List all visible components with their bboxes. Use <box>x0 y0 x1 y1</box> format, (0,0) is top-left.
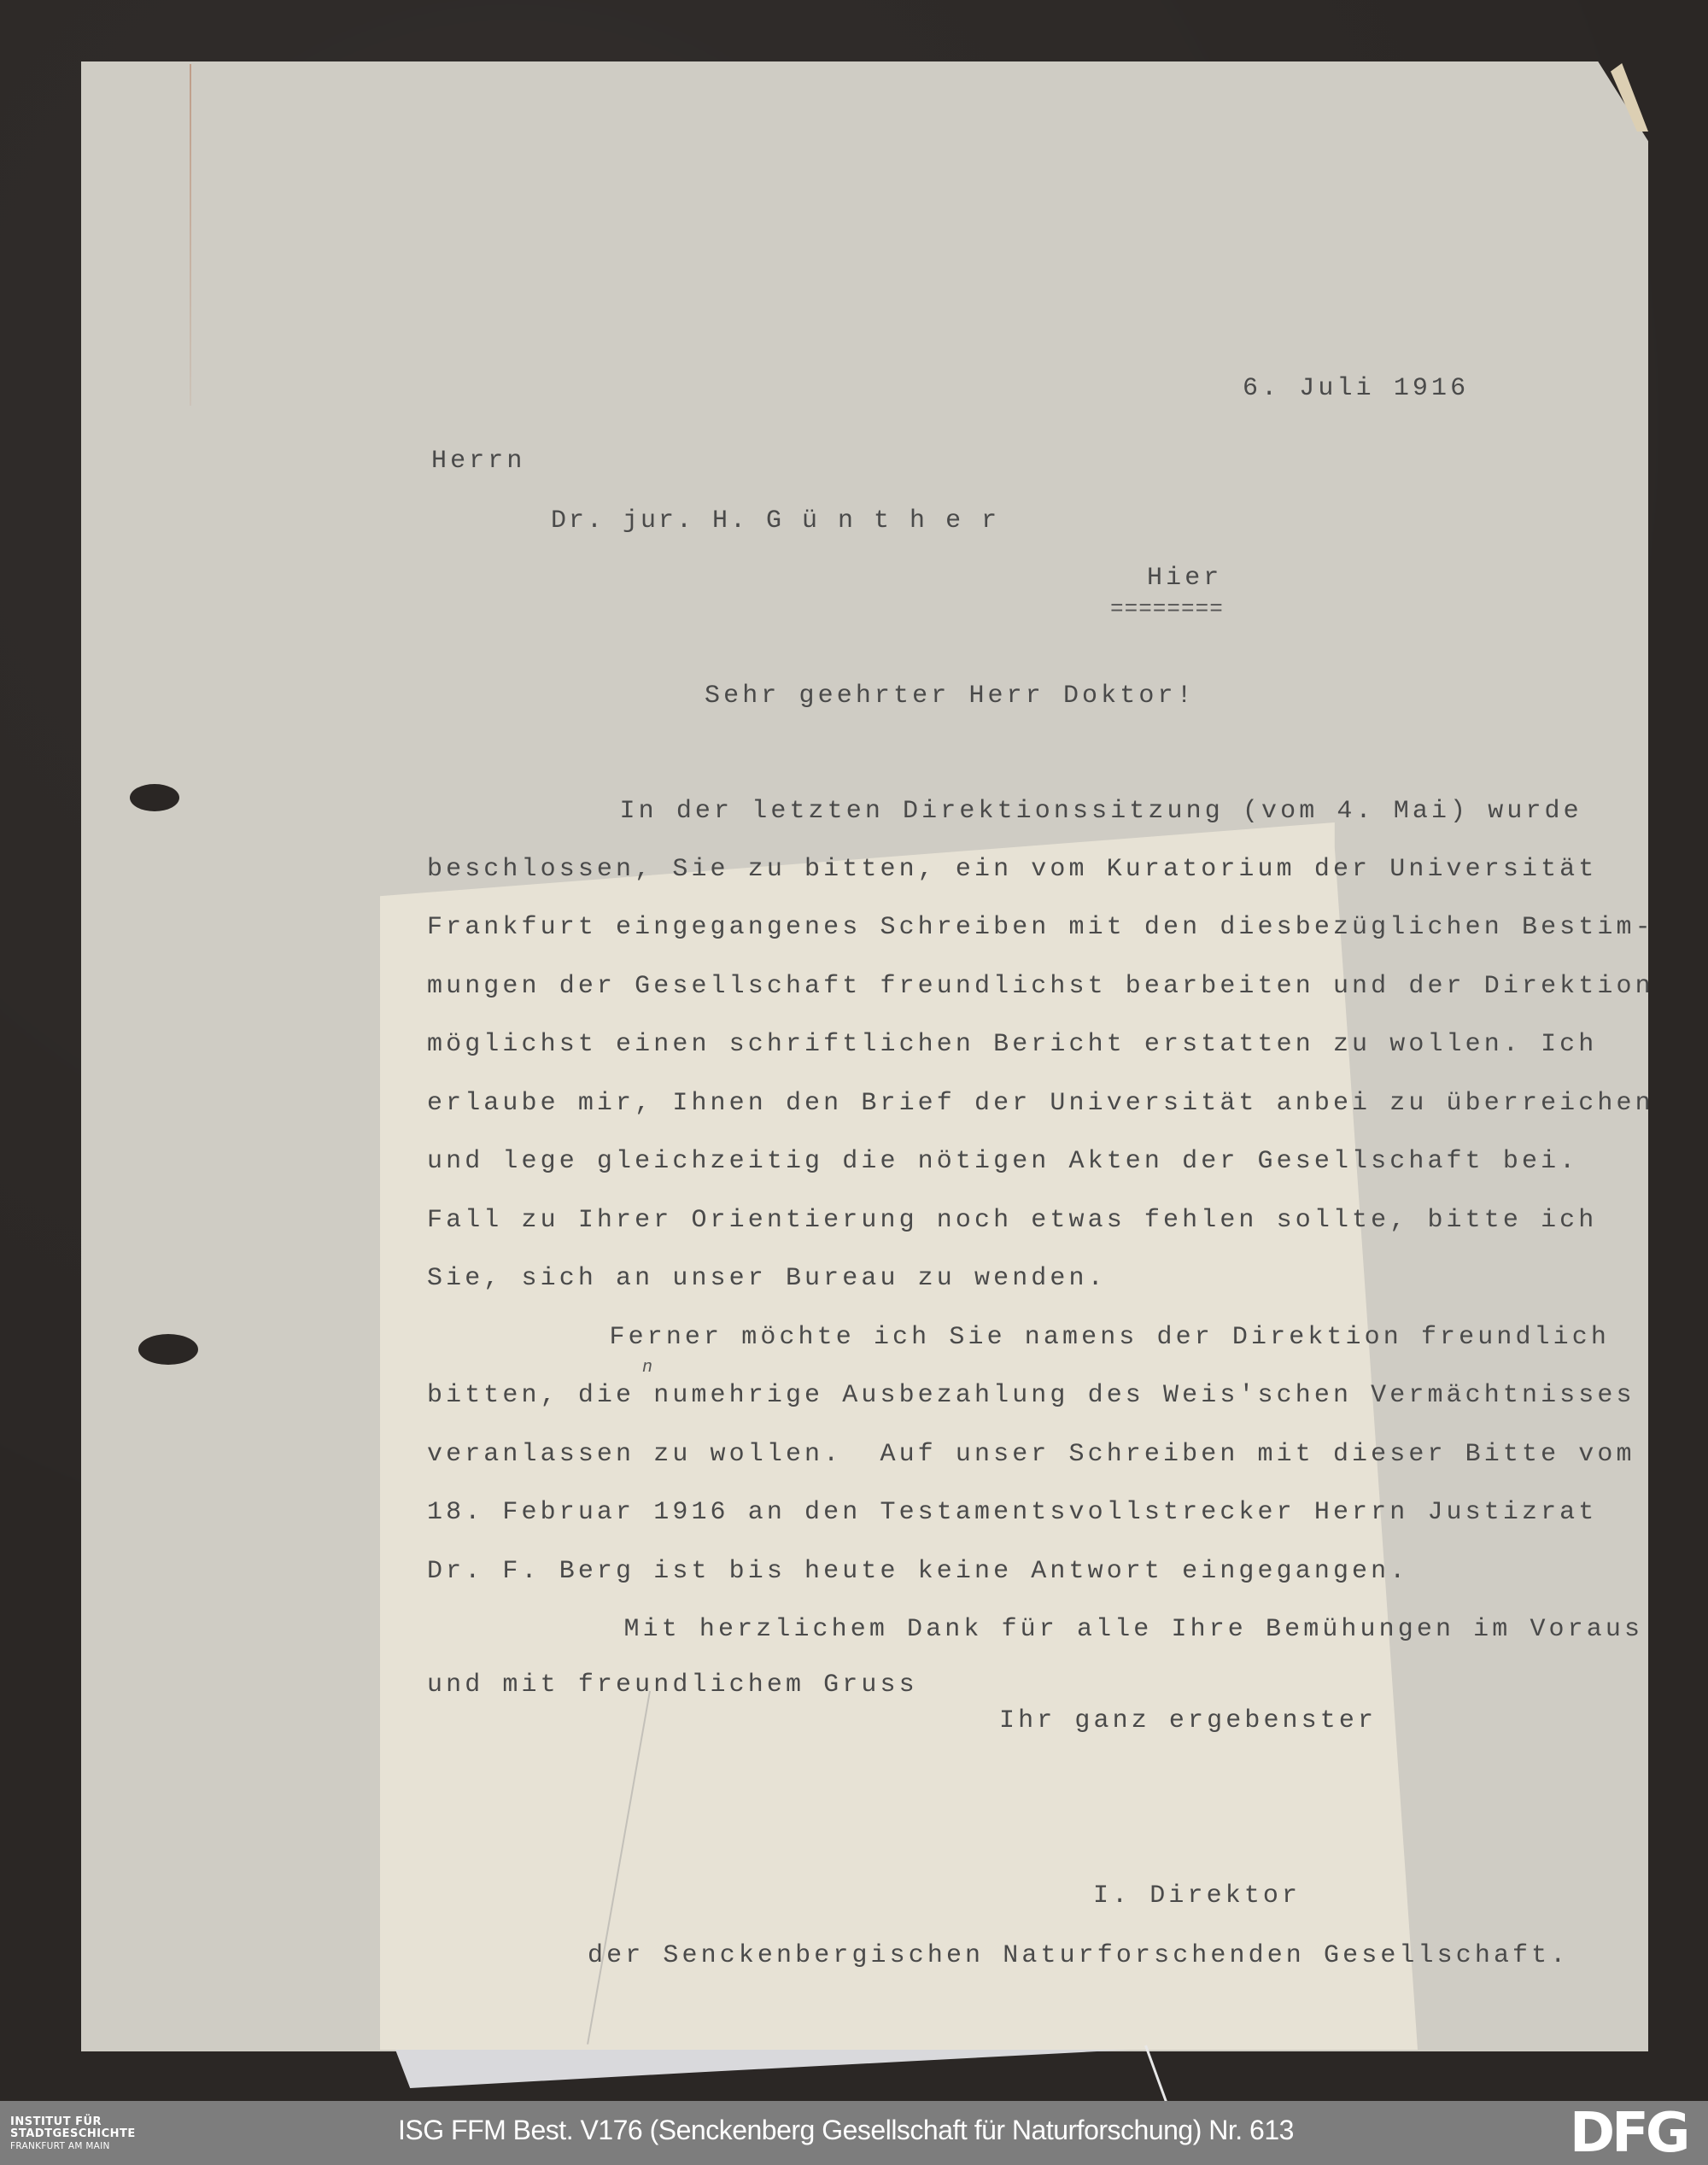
isg-logo: INSTITUT FÜR STADTGESCHICHTE FRANKFURT A… <box>10 2116 136 2152</box>
body-line: erlaube mir, Ihnen den Brief der Univers… <box>427 1091 1654 1116</box>
body-line: und lege gleichzeitig die nötigen Akten … <box>427 1149 1578 1174</box>
signature-title: I. Direktor <box>1093 1883 1301 1909</box>
body-line: Frankfurt eingegangenes Schreiben mit de… <box>427 915 1654 940</box>
letter-date: 6. Juli 1916 <box>1243 376 1469 401</box>
margin-line <box>190 64 191 406</box>
punch-hole-icon <box>130 784 179 811</box>
recipient-salutation: Herrn <box>431 448 526 474</box>
dfg-logo: DFG <box>1570 2109 1687 2157</box>
body-line: In der letzten Direktionssitzung (vom 4.… <box>525 799 1582 824</box>
body-line: bitten, die numehrige Ausbezahlung des W… <box>427 1383 1635 1408</box>
recipient-place-underline: ======== <box>1110 598 1224 620</box>
body-line: Sie, sich an unser Bureau zu wenden. <box>427 1266 1107 1291</box>
isg-logo-line3: FRANKFURT AM MAIN <box>10 2140 136 2152</box>
body-line: mungen der Gesellschaft freundlichst bea… <box>427 974 1654 999</box>
underlying-sheet <box>380 822 1418 2050</box>
body-line: veranlassen zu wollen. Auf unser Schreib… <box>427 1442 1635 1467</box>
isg-logo-line1: INSTITUT FÜR <box>10 2116 136 2128</box>
handwritten-correction: n <box>642 1360 656 1377</box>
closing: Ihr ganz ergebenster <box>999 1708 1377 1734</box>
archive-footer: INSTITUT FÜR STADTGESCHICHTE FRANKFURT A… <box>0 2101 1708 2165</box>
body-line: Dr. F. Berg ist bis heute keine Antwort … <box>427 1559 1408 1584</box>
body-line: 18. Februar 1916 an den Testamentsvollst… <box>427 1500 1597 1525</box>
signature-organization: der Senckenbergischen Naturforschenden G… <box>588 1943 1569 1969</box>
punch-hole-icon <box>138 1334 198 1365</box>
body-line: Ferner möchte ich Sie namens der Direkti… <box>515 1325 1610 1350</box>
recipient-place: Hier <box>1147 565 1222 591</box>
body-line: beschlossen, Sie zu bitten, ein vom Kura… <box>427 857 1597 882</box>
body-line: Fall zu Ihrer Orientierung noch etwas fe… <box>427 1208 1597 1233</box>
body-line: und mit freundlichem Gruss <box>427 1672 918 1698</box>
archive-caption: ISG FFM Best. V176 (Senckenberg Gesellsc… <box>398 2115 1294 2146</box>
recipient-name: Dr. jur. H. G ü n t h e r <box>551 508 999 534</box>
body-line: Mit herzlichem Dank für alle Ihre Bemühu… <box>529 1617 1643 1642</box>
greeting: Sehr geehrter Herr Doktor! <box>705 683 1196 709</box>
isg-logo-line2: STADTGESCHICHTE <box>10 2128 136 2140</box>
body-line: möglichst einen schriftlichen Bericht er… <box>427 1032 1597 1057</box>
